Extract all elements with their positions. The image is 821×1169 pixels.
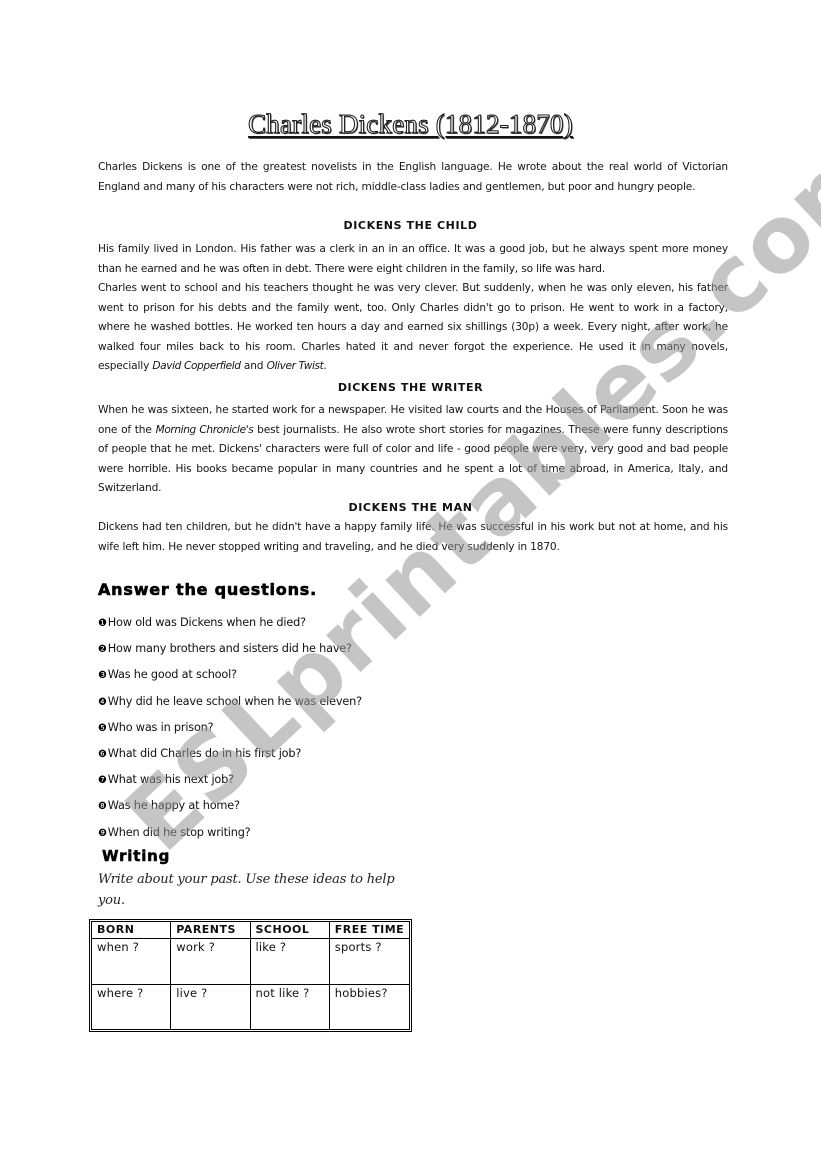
- section-child-text: Charles went to school and his teachers …: [98, 282, 728, 372]
- question-item: ❷How many brothers and sisters did he ha…: [98, 639, 362, 665]
- question-item: ❾When did he stop writing?: [98, 823, 362, 849]
- table-row: where ? live ? not like ? hobbies?: [92, 985, 409, 1029]
- table-cell: live ?: [171, 985, 250, 1029]
- book-title-david-copperfield: David Copperfield: [152, 360, 240, 372]
- number-6-icon: ❻: [98, 749, 107, 760]
- connector: and: [244, 360, 263, 372]
- worksheet-page: Charles Dickens (1812-1870) Charles Dick…: [0, 0, 821, 1169]
- question-item: ❼What was his next job?: [98, 770, 362, 796]
- section-heading-writer: DICKENS THE WRITER: [0, 381, 821, 394]
- question-text: When did he stop writing?: [108, 826, 251, 839]
- question-item: ❹Why did he leave school when he was ele…: [98, 692, 362, 718]
- number-7-icon: ❼: [98, 775, 107, 786]
- ideas-table: BORN PARENTS SCHOOL FREE TIME when ? wor…: [89, 919, 412, 1032]
- column-header-school: SCHOOL: [251, 922, 330, 939]
- number-3-icon: ❸: [98, 670, 107, 681]
- question-item: ❺Who was in prison?: [98, 718, 362, 744]
- section-man-paragraph: Dickens had ten children, but he didn't …: [98, 518, 728, 557]
- number-1-icon: ❶: [98, 618, 107, 629]
- question-text: How many brothers and sisters did he hav…: [108, 642, 352, 655]
- column-header-born: BORN: [92, 922, 171, 939]
- section-heading-man: DICKENS THE MAN: [0, 501, 821, 514]
- table-cell: like ?: [251, 939, 330, 985]
- question-item: ❸Was he good at school?: [98, 665, 362, 691]
- section-child-paragraph-2: Charles went to school and his teachers …: [98, 279, 728, 377]
- table-cell: work ?: [171, 939, 250, 985]
- page-title: Charles Dickens (1812-1870): [0, 108, 821, 140]
- questions-heading: Answer the questions.: [98, 580, 317, 599]
- number-8-icon: ❽: [98, 801, 107, 812]
- writing-instructions: Write about your past. Use these ideas t…: [98, 869, 398, 911]
- book-title-oliver-twist: Oliver Twist: [267, 360, 324, 372]
- number-5-icon: ❺: [98, 723, 107, 734]
- section-heading-child: DICKENS THE CHILD: [0, 219, 821, 232]
- questions-list: ❶How old was Dickens when he died? ❷How …: [98, 613, 362, 849]
- column-header-free-time: FREE TIME: [330, 922, 409, 939]
- question-item: ❶How old was Dickens when he died?: [98, 613, 362, 639]
- table-cell: sports ?: [330, 939, 409, 985]
- question-text: What did Charles do in his first job?: [108, 747, 301, 760]
- question-text: Was he good at school?: [108, 668, 237, 681]
- table-row: when ? work ? like ? sports ?: [92, 939, 409, 985]
- number-4-icon: ❹: [98, 697, 107, 708]
- intro-paragraph: Charles Dickens is one of the greatest n…: [98, 158, 728, 197]
- table-cell: where ?: [92, 985, 171, 1029]
- question-text: Was he happy at home?: [108, 799, 240, 812]
- question-text: What was his next job?: [108, 773, 234, 786]
- question-text: Who was in prison?: [108, 721, 214, 734]
- number-9-icon: ❾: [98, 828, 107, 839]
- question-text: How old was Dickens when he died?: [108, 616, 306, 629]
- section-writer-paragraph: When he was sixteen, he started work for…: [98, 401, 728, 499]
- table-cell: not like ?: [251, 985, 330, 1029]
- question-item: ❽Was he happy at home?: [98, 796, 362, 822]
- newspaper-title: Morning Chronicle's: [156, 424, 254, 436]
- writing-heading: Writing: [102, 847, 170, 865]
- question-text: Why did he leave school when he was elev…: [108, 695, 362, 708]
- column-header-parents: PARENTS: [171, 922, 250, 939]
- table-cell: hobbies?: [330, 985, 409, 1029]
- section-child-paragraph-1: His family lived in London. His father w…: [98, 240, 728, 279]
- sentence-end: .: [323, 360, 326, 372]
- table-header-row: BORN PARENTS SCHOOL FREE TIME: [92, 922, 409, 939]
- question-item: ❻What did Charles do in his first job?: [98, 744, 362, 770]
- number-2-icon: ❷: [98, 644, 107, 655]
- table-cell: when ?: [92, 939, 171, 985]
